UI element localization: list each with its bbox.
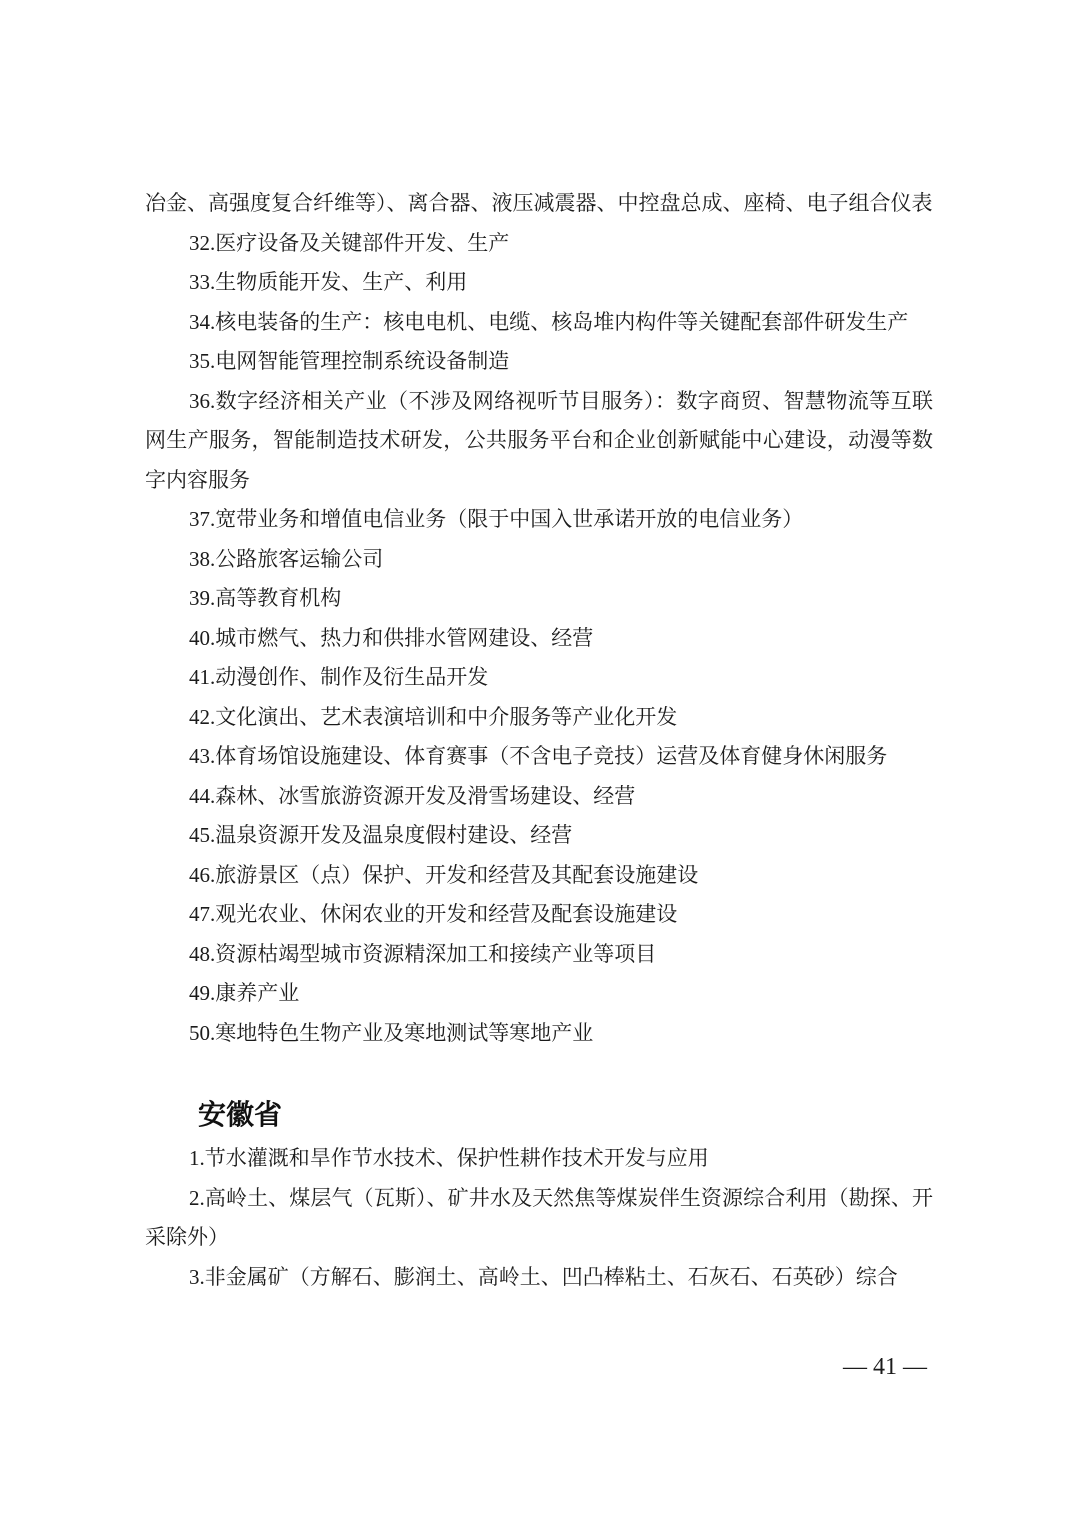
list-item: 32.医疗设备及关键部件开发、生产 (145, 224, 933, 264)
list-item: 1.节水灌溉和旱作节水技术、保护性耕作技术开发与应用 (145, 1139, 933, 1179)
province-heading: 安徽省 (145, 1091, 933, 1139)
list-item: 44.森林、冰雪旅游资源开发及滑雪场建设、经营 (145, 777, 933, 817)
document-page: 冶金、高强度复合纤维等）、离合器、液压减震器、中控盘总成、座椅、电子组合仪表 3… (0, 0, 1074, 1520)
page-body: 冶金、高强度复合纤维等）、离合器、液压减震器、中控盘总成、座椅、电子组合仪表 3… (145, 184, 933, 1297)
list-item: 38.公路旅客运输公司 (145, 540, 933, 580)
list-item: 41.动漫创作、制作及衍生品开发 (145, 658, 933, 698)
list-item: 42.文化演出、艺术表演培训和中介服务等产业化开发 (145, 698, 933, 738)
list-item: 43.体育场馆设施建设、体育赛事（不含电子竞技）运营及体育健身休闲服务 (145, 737, 933, 777)
list-item: 39.高等教育机构 (145, 579, 933, 619)
list-item: 2.高岭土、煤层气（瓦斯）、矿井水及天然焦等煤炭伴生资源综合利用（勘探、开采除外… (145, 1179, 933, 1258)
list-item: 40.城市燃气、热力和供排水管网建设、经营 (145, 619, 933, 659)
list-item: 35.电网智能管理控制系统设备制造 (145, 342, 933, 382)
list-item: 37.宽带业务和增值电信业务（限于中国入世承诺开放的电信业务） (145, 500, 933, 540)
list-item: 50.寒地特色生物产业及寒地测试等寒地产业 (145, 1014, 933, 1054)
list-item: 36.数字经济相关产业（不涉及网络视听节目服务）：数字商贸、智慧物流等互联网生产… (145, 382, 933, 501)
continuation-paragraph: 冶金、高强度复合纤维等）、离合器、液压减震器、中控盘总成、座椅、电子组合仪表 (145, 184, 933, 224)
list-item: 47.观光农业、休闲农业的开发和经营及配套设施建设 (145, 895, 933, 935)
list-item: 33.生物质能开发、生产、利用 (145, 263, 933, 303)
list-item: 49.康养产业 (145, 974, 933, 1014)
list-item: 34.核电装备的生产：核电电机、电缆、核岛堆内构件等关键配套部件研发生产 (145, 303, 933, 343)
list-item: 48.资源枯竭型城市资源精深加工和接续产业等项目 (145, 935, 933, 975)
list-item: 45.温泉资源开发及温泉度假村建设、经营 (145, 816, 933, 856)
list-item: 46.旅游景区（点）保护、开发和经营及其配套设施建设 (145, 856, 933, 896)
page-number: — 41 — (843, 1352, 927, 1382)
list-item: 3.非金属矿（方解石、膨润土、高岭土、凹凸棒粘土、石灰石、石英砂）综合 (145, 1258, 933, 1298)
